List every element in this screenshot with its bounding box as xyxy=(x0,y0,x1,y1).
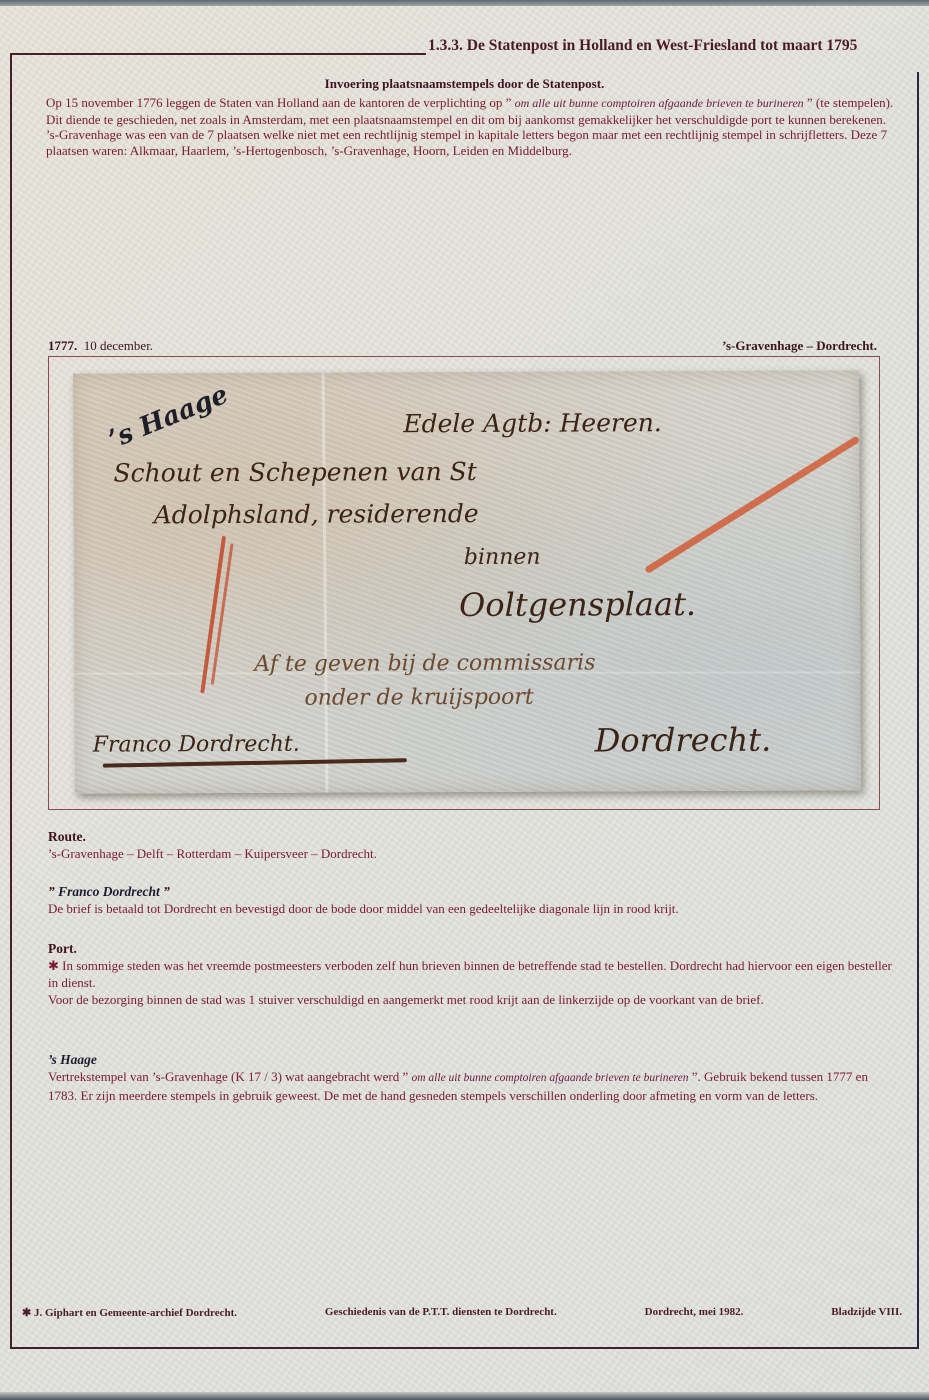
haage-quote: om alle uit bunne comptoiren afgaande br… xyxy=(412,1072,689,1084)
intro-text: Op 15 november 1776 leggen de Staten van… xyxy=(46,95,906,158)
item-date: 1777. 10 december. xyxy=(48,338,153,354)
letter-handwriting: ’s Haage Edele Agtb: Heeren. Schout en S… xyxy=(73,370,861,793)
svg-text:Edele Agtb: Heeren.: Edele Agtb: Heeren. xyxy=(402,408,662,438)
footer-title: Geschiedenis van de P.T.T. diensten te D… xyxy=(325,1306,557,1319)
item-day: 10 december. xyxy=(84,338,153,353)
frame-line xyxy=(10,53,12,1349)
route-heading: Route. xyxy=(48,828,898,845)
intro-paragraph-2: ’s-Gravenhage was een van de 7 plaatsen … xyxy=(46,127,887,158)
port-body-2: Voor de bezorging binnen de stad was 1 s… xyxy=(48,991,898,1008)
haage-heading: ’s Haage xyxy=(48,1051,898,1068)
section-header: 1.3.3. De Statenpost in Holland en West-… xyxy=(428,37,923,55)
port-section: Port. ✱ In sommige steden was het vreemd… xyxy=(48,940,898,1008)
franco-section: ” Franco Dordrecht ” De brief is betaald… xyxy=(48,883,898,917)
franco-heading: ” Franco Dordrecht ” xyxy=(48,883,898,900)
svg-text:Franco Dordrecht.: Franco Dordrecht. xyxy=(92,732,300,758)
page-footer: ✱ J. Giphart en Gemeente-archief Dordrec… xyxy=(22,1306,902,1319)
franco-heading-text: Franco Dordrecht xyxy=(58,884,160,899)
haage-section: ’s Haage Vertrekstempel van ’s-Gravenhag… xyxy=(48,1051,898,1104)
svg-text:onder de kruijspoort: onder de kruijspoort xyxy=(304,685,533,711)
footer-page-number: Bladzijde VIII. xyxy=(831,1306,902,1319)
svg-text:binnen: binnen xyxy=(464,545,541,570)
intro-quote: om alle uit bunne comptoiren afgaande br… xyxy=(515,96,804,110)
folded-letter-image: ’s Haage Edele Agtb: Heeren. Schout en S… xyxy=(73,370,861,793)
svg-text:Adolphsland, residerende: Adolphsland, residerende xyxy=(152,499,479,529)
port-heading: Port. xyxy=(48,940,898,957)
svg-text:’s Haage: ’s Haage xyxy=(105,380,233,455)
svg-text:Ooltgensplaat.: Ooltgensplaat. xyxy=(459,585,696,624)
frame-line xyxy=(917,72,919,1349)
frame-line xyxy=(10,1347,919,1349)
page-subtitle: Invoering plaatsnaamstempels door de Sta… xyxy=(0,76,929,92)
haage-body-part: Vertrekstempel van ’s-Gravenhage (K 17 /… xyxy=(48,1069,412,1084)
svg-text:Schout en Schepenen van St: Schout en Schepenen van St xyxy=(113,457,477,488)
photo-edge-bottom xyxy=(0,1392,929,1400)
intro-text-part: Op 15 november 1776 leggen de Staten van… xyxy=(46,95,515,110)
franco-body: De brief is betaald tot Dordrecht en bev… xyxy=(48,900,898,917)
footer-source: ✱ J. Giphart en Gemeente-archief Dordrec… xyxy=(22,1306,237,1319)
footer-place-date: Dordrecht, mei 1982. xyxy=(645,1306,744,1319)
route-body: ’s-Gravenhage – Delft – Rotterdam – Kuip… xyxy=(48,845,898,862)
item-route-caption: ’s-Gravenhage – Dordrecht. xyxy=(722,338,877,354)
item-year: 1777. xyxy=(48,338,77,353)
haage-body: Vertrekstempel van ’s-Gravenhage (K 17 /… xyxy=(48,1068,898,1104)
svg-text:Af te geven bij de commissaris: Af te geven bij de commissaris xyxy=(252,650,595,676)
frame-line xyxy=(10,53,426,55)
route-section: Route. ’s-Gravenhage – Delft – Rotterdam… xyxy=(48,828,898,862)
port-body-1: ✱ In sommige steden was het vreemde post… xyxy=(48,957,898,991)
svg-text:Dordrecht.: Dordrecht. xyxy=(594,721,772,760)
